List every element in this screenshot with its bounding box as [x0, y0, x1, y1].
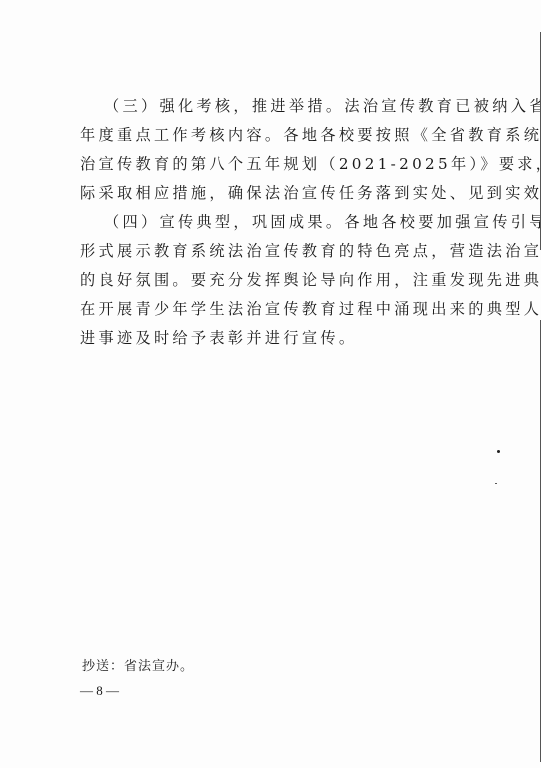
page-number: — 8 —: [80, 683, 119, 699]
section-3-line-3: 治宣传教育的第八个五年规划（2021-2025年）》要求，结合实: [80, 154, 541, 174]
cc-line: 抄送：省法宣办。: [82, 655, 194, 674]
section-4-line-2: 形式展示教育系统法治宣传教育的特色亮点，营造法治宣传教育: [80, 241, 541, 261]
section-4-line-5: 进事迹及时给予表彰并进行宣传。: [80, 328, 357, 348]
scan-speck: [495, 483, 497, 484]
section-3-line-2: 年度重点工作考核内容。各地各校要按照《全省教育系统开展法: [80, 125, 541, 145]
section-4-line-4: 在开展青少年学生法治宣传教育过程中涌现出来的典型人物和先: [80, 299, 541, 319]
section-4-line-3: 的良好氛围。要充分发挥舆论导向作用，注重发现先进典型，对: [80, 270, 541, 290]
section-4-line-1: （四）宣传典型，巩固成果。各地各校要加强宣传引导，多: [104, 212, 541, 232]
scan-speck: [497, 450, 500, 453]
section-3-line-4: 际采取相应措施，确保法治宣传任务落到实处、见到实效。: [80, 183, 541, 203]
section-3-line-1: （三）强化考核，推进举措。法治宣传教育已被纳入省政府: [104, 96, 541, 116]
document-page: （三）强化考核，推进举措。法治宣传教育已被纳入省政府 年度重点工作考核内容。各地…: [0, 0, 541, 768]
